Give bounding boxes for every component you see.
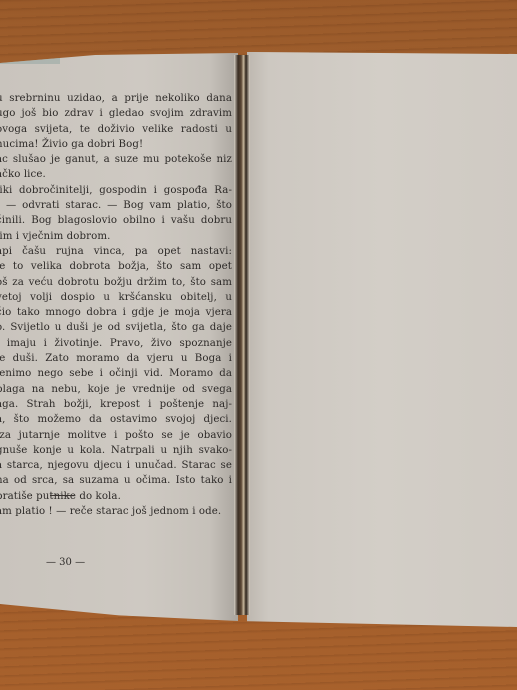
text-line: ugo još bio zdrav i gledao svojim zdravi… bbox=[0, 106, 232, 121]
text-line: činili. Bog blagoslovio obilno i vašu do… bbox=[0, 213, 232, 228]
text-line: o. Svijetlo u duši je od svijetla, što g… bbox=[0, 320, 232, 335]
text-line: jenimo nego sebe i očinji vid. Moramo da bbox=[0, 366, 232, 381]
text-line: liki dobročinitelji, gospodin i gospođa … bbox=[0, 183, 232, 198]
text-line: blaga na nebu, koje je vrednije od svega bbox=[0, 382, 232, 397]
text-line: am platio ! — reče starac još jednom i o… bbox=[0, 504, 232, 519]
text-line: je to velika dobrota božja, što sam opet bbox=[0, 259, 232, 274]
text-line: ! — odvrati starac. — Bog vam platio, št… bbox=[0, 198, 232, 213]
right-page-blank bbox=[247, 52, 517, 627]
text-line: iza jutarnje molitve i pošto se je obavi… bbox=[0, 428, 232, 443]
text-line: oš za veću dobrotu božju držim to, što s… bbox=[0, 275, 232, 290]
text-line: nucima! Živio ga dobri Bog! bbox=[0, 137, 232, 152]
text-line: ac slušao je ganut, a suze mu potekoše n… bbox=[0, 152, 232, 167]
book-spine-torn bbox=[234, 55, 250, 615]
section-rule bbox=[50, 495, 74, 496]
text-line: ačko lice. bbox=[0, 167, 232, 182]
text-line: čio tako mnogo dobra i gdje je moja vjer… bbox=[0, 305, 232, 320]
text-line: a starca, njegovu djecu i unučad. Starac… bbox=[0, 458, 232, 473]
text-line: a, što možemo da ostavimo svojoj djeci. bbox=[0, 412, 232, 427]
page-number: — 30 — bbox=[46, 557, 85, 568]
text-line: je duši. Zato moramo da vjeru u Boga i bbox=[0, 351, 232, 366]
text-line: api čašu rujna vinca, pa opet nastavi: bbox=[0, 244, 232, 259]
text-line: lim i vječnim dobrom. bbox=[0, 229, 232, 244]
text-line: ovoga svijeta, te doživio velike radosti… bbox=[0, 122, 232, 137]
text-line: aga. Strah božji, krepost i poštenje naj… bbox=[0, 397, 232, 412]
text-line: gnuše konje u kola. Natrpali u njih svak… bbox=[0, 443, 232, 458]
text-line: vetoj volji dospio u kršćansku obitelj, … bbox=[0, 290, 232, 305]
text-line: u srebrninu uzidao, a prije nekoliko dan… bbox=[0, 91, 232, 106]
page-text: u srebrninu uzidao, a prije nekoliko dan… bbox=[0, 91, 232, 519]
text-line: i imaju i životinje. Pravo, živo spoznan… bbox=[0, 336, 232, 351]
text-line: pratiše putnike do kola. bbox=[0, 489, 232, 504]
text-line: na od srca, sa suzama u očima. Isto tako… bbox=[0, 473, 232, 488]
